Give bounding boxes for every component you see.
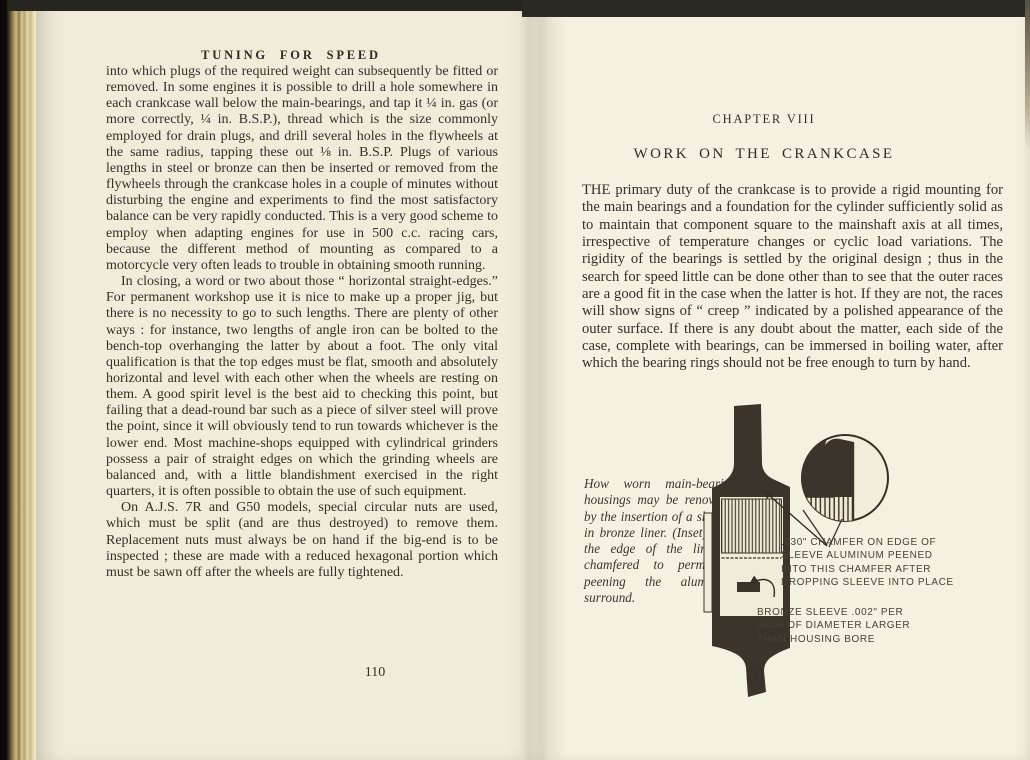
right-page-body: THE primary duty of the crankcase is to … — [582, 182, 1003, 373]
scan-border-top-left — [8, 0, 528, 11]
paragraph: On A.J.S. 7R and G50 models, special cir… — [106, 500, 498, 581]
page-number: 111 — [720, 668, 790, 684]
chapter-title: WORK ON THE CRANKCASE — [582, 146, 946, 163]
sleeve-hatched — [722, 499, 782, 553]
bronze-sleeve-label: BRONZE SLEEVE .002" PERINCH OF DIAMETER … — [757, 606, 910, 646]
right-page: CHAPTER VIII WORK ON THE CRANKCASE THE p… — [528, 0, 1030, 760]
paragraph: THE primary duty of the crankcase is to … — [582, 182, 1003, 373]
page-gutter-shadow — [524, 0, 568, 760]
inset-sleeve-hatch — [794, 497, 852, 527]
page-edge-stack — [0, 0, 38, 760]
scan-border-top-right — [522, 0, 1030, 17]
scan-border-right — [1025, 0, 1030, 150]
sleeve-bottom-step — [737, 582, 760, 592]
chamfer-label: .030" CHAMFER ON EDGE OFSLEEVE ALUMINUM … — [781, 536, 954, 590]
chapter-heading: CHAPTER VIII — [582, 112, 946, 127]
left-page: TUNING FOR SPEED into which plugs of the… — [36, 0, 528, 760]
liner-sliver — [704, 513, 712, 612]
paragraph: into which plugs of the required weight … — [106, 64, 498, 274]
book-scan: TUNING FOR SPEED into which plugs of the… — [0, 0, 1030, 760]
paragraph: In closing, a word or two about those “ … — [106, 274, 498, 500]
running-head: TUNING FOR SPEED — [106, 48, 476, 63]
page-number: 110 — [340, 665, 410, 681]
left-page-body: into which plugs of the required weight … — [106, 64, 498, 581]
